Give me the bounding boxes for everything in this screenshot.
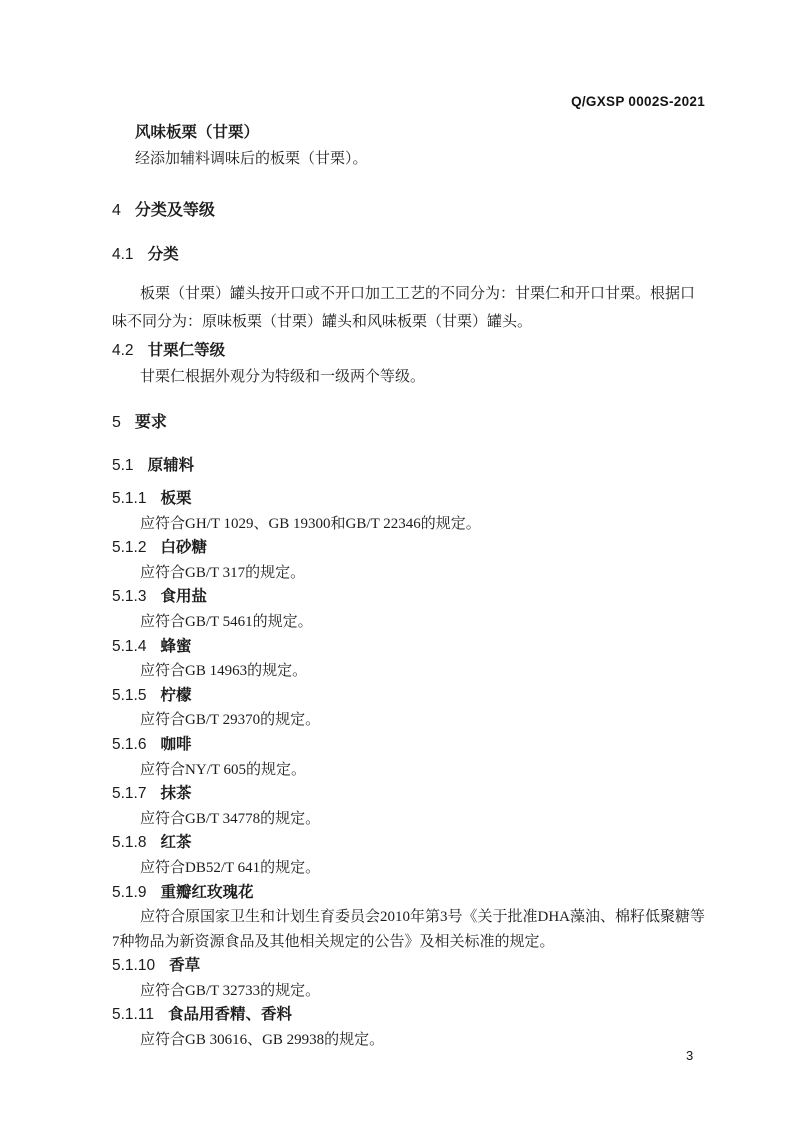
clause: 5.1.2白砂糖 应符合GB/T 317的规定。 [112, 536, 706, 585]
clause: 5.1.6咖啡 应符合NY/T 605的规定。 [112, 733, 706, 782]
clause-heading: 5.1.1板栗 [112, 487, 706, 512]
clause-number: 5.1.1 [112, 490, 146, 507]
clause: 5.1.5柠檬 应符合GB/T 29370的规定。 [112, 684, 706, 733]
clause-heading: 5.1.7抹茶 [112, 782, 706, 807]
clause-heading: 5.1.6咖啡 [112, 733, 706, 758]
section-4-2-heading: 4.2甘栗仁等级 [112, 338, 706, 363]
clause-title: 食用盐 [160, 588, 207, 605]
clause-number: 5.1.3 [112, 588, 146, 605]
section-4-number: 4 [112, 202, 121, 219]
section-4-1-title: 分类 [148, 246, 179, 263]
clause: 5.1.11食品用香精、香料 应符合GB 30616、GB 29938的规定。 [112, 1003, 706, 1052]
clause-title: 柠檬 [160, 687, 191, 704]
clause-heading: 5.1.11食品用香精、香料 [112, 1003, 706, 1028]
clause-text: 应符合GB/T 32733的规定。 [112, 979, 706, 1004]
clause-number: 5.1.8 [112, 834, 146, 851]
clause-title: 红茶 [160, 834, 191, 851]
clause-text: 应符合GB/T 317的规定。 [112, 561, 706, 586]
clause-heading: 5.1.8红茶 [112, 831, 706, 856]
document-page: Q/GXSP 0002S-2021 风味板栗（甘栗） 经添加辅料调味后的板栗（甘… [0, 0, 793, 1122]
section-4-heading: 4分类及等级 [112, 198, 706, 223]
clause-number: 5.1.11 [112, 1006, 154, 1023]
clause-heading: 5.1.4蜂蜜 [112, 635, 706, 660]
clause-title: 香草 [169, 957, 200, 974]
document-content: 风味板栗（甘栗） 经添加辅料调味后的板栗（甘栗）。 4分类及等级 4.1分类 板… [112, 0, 706, 1053]
section-5-1-title: 原辅料 [148, 457, 195, 474]
clause-text: 应符合GB/T 34778的规定。 [112, 807, 706, 832]
clause-number: 5.1.5 [112, 687, 146, 704]
section-4-2-paragraph: 甘栗仁根据外观分为特级和一级两个等级。 [112, 365, 706, 390]
clause-heading: 5.1.5柠檬 [112, 684, 706, 709]
clause-number: 5.1.4 [112, 638, 146, 655]
clause-title: 抹茶 [160, 785, 191, 802]
clause-text: 应符合原国家卫生和计划生育委员会2010年第3号《关于批准DHA藻油、棉籽低聚糖… [112, 905, 706, 954]
clause-title: 板栗 [160, 490, 191, 507]
section-4-1-heading: 4.1分类 [112, 242, 706, 267]
clause-heading: 5.1.9重瓣红玫瑰花 [112, 881, 706, 906]
clause: 5.1.9重瓣红玫瑰花 应符合原国家卫生和计划生育委员会2010年第3号《关于批… [112, 881, 706, 955]
clause-heading: 5.1.10香草 [112, 954, 706, 979]
clause-number: 5.1.6 [112, 736, 146, 753]
clause-text: 应符合DB52/T 641的规定。 [112, 856, 706, 881]
section-5-1-heading: 5.1原辅料 [112, 453, 706, 478]
clause: 5.1.4蜂蜜 应符合GB 14963的规定。 [112, 635, 706, 684]
section-5-number: 5 [112, 414, 121, 431]
clause-text: 应符合GH/T 1029、GB 19300和GB/T 22346的规定。 [112, 512, 706, 537]
clause: 5.1.3食用盐 应符合GB/T 5461的规定。 [112, 585, 706, 634]
clause-number: 5.1.7 [112, 785, 146, 802]
clause-text: 应符合GB/T 5461的规定。 [112, 610, 706, 635]
section-4-2-title: 甘栗仁等级 [148, 342, 226, 359]
term-definition: 经添加辅料调味后的板栗（甘栗）。 [112, 147, 706, 172]
section-4-title: 分类及等级 [135, 202, 215, 219]
clause-text: 应符合GB 14963的规定。 [112, 659, 706, 684]
term-title: 风味板栗（甘栗） [112, 120, 706, 145]
section-4-1-number: 4.1 [112, 246, 134, 263]
section-4-2-number: 4.2 [112, 342, 134, 359]
section-5-1-number: 5.1 [112, 457, 134, 474]
clause-number: 5.1.9 [112, 884, 146, 901]
section-4-1-paragraph: 板栗（甘栗）罐头按开口或不开口加工工艺的不同分为：甘栗仁和开口甘栗。根据口味不同… [112, 280, 706, 336]
clause-heading: 5.1.3食用盐 [112, 585, 706, 610]
clause: 5.1.10香草 应符合GB/T 32733的规定。 [112, 954, 706, 1003]
section-5-title: 要求 [135, 414, 167, 431]
clause-text: 应符合NY/T 605的规定。 [112, 758, 706, 783]
clause-title: 白砂糖 [160, 539, 207, 556]
clause-list: 5.1.1板栗 应符合GH/T 1029、GB 19300和GB/T 22346… [112, 487, 706, 1053]
clause: 5.1.1板栗 应符合GH/T 1029、GB 19300和GB/T 22346… [112, 487, 706, 536]
clause-title: 咖啡 [160, 736, 191, 753]
clause-number: 5.1.10 [112, 957, 155, 974]
clause-text: 应符合GB/T 29370的规定。 [112, 708, 706, 733]
section-5-heading: 5要求 [112, 410, 706, 435]
clause: 5.1.7抹茶 应符合GB/T 34778的规定。 [112, 782, 706, 831]
clause-title: 重瓣红玫瑰花 [160, 884, 253, 901]
clause-title: 蜂蜜 [160, 638, 191, 655]
page-number: 3 [686, 1048, 693, 1063]
clause-heading: 5.1.2白砂糖 [112, 536, 706, 561]
clause-title: 食品用香精、香料 [168, 1006, 292, 1023]
clause: 5.1.8红茶 应符合DB52/T 641的规定。 [112, 831, 706, 880]
clause-number: 5.1.2 [112, 539, 146, 556]
clause-text: 应符合GB 30616、GB 29938的规定。 [112, 1028, 706, 1053]
